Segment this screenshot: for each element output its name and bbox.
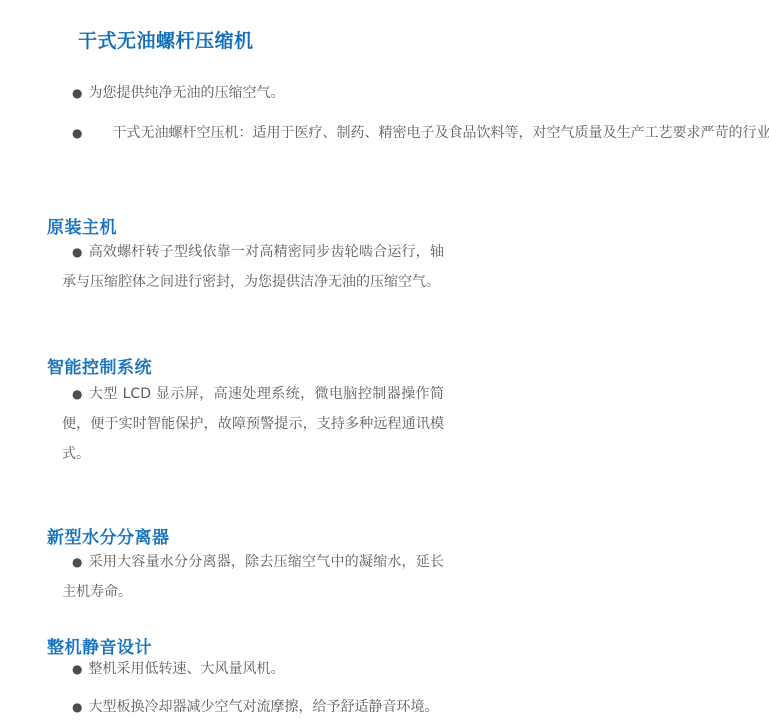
bullet-icon: ● xyxy=(72,126,82,140)
page-title: 干式无油螺杆压缩机 xyxy=(78,26,254,53)
list-item: ●大型 LCD 显示屏，高速处理系统，微电脑控制器操作简便，便于实时智能保护，故… xyxy=(62,379,444,469)
bullet-icon: ● xyxy=(72,387,83,401)
intro-bullet-text: 为您提供纯净无油的压缩空气。 xyxy=(88,85,284,101)
section-heading-smart-control: 智能控制系统 xyxy=(47,353,152,378)
section-bullet-text: 大型板换冷却器减少空气对流摩擦，给予舒适静音环境。 xyxy=(88,699,438,715)
list-item: ●大型板换冷却器减少空气对流摩擦，给予舒适静音环境。 xyxy=(72,697,438,717)
list-item: ●为您提供纯净无油的压缩空气。 xyxy=(72,83,284,103)
intro-bullet-text: 干式无油螺杆空压机：适用于医疗、制药、精密电子及食品饮料等，对空气质量及生产工艺… xyxy=(112,125,769,141)
section-heading-original-airend: 原装主机 xyxy=(47,213,117,238)
section-heading-silent-design: 整机静音设计 xyxy=(47,633,152,658)
section-bullet-text: 采用大容量水分分离器，除去压缩空气中的凝缩水，延长主机寿命。 xyxy=(62,554,444,600)
product-description-page: 干式无油螺杆压缩机 ●为您提供纯净无油的压缩空气。 ●干式无油螺杆空压机：适用于… xyxy=(0,0,769,720)
list-item: ●高效螺杆转子型线依靠一对高精密同步齿轮啮合运行，轴承与压缩腔体之间进行密封，为… xyxy=(62,237,444,297)
section-bullet-text: 整机采用低转速、大风量风机。 xyxy=(88,661,284,677)
bullet-icon: ● xyxy=(72,662,82,676)
bullet-icon: ● xyxy=(72,245,83,259)
bullet-icon: ● xyxy=(72,555,83,569)
section-bullet-text: 高效螺杆转子型线依靠一对高精密同步齿轮啮合运行，轴承与压缩腔体之间进行密封，为您… xyxy=(62,244,444,290)
section-heading-water-separator: 新型水分分离器 xyxy=(47,523,170,548)
bullet-icon: ● xyxy=(72,700,82,714)
section-bullet-text: 大型 LCD 显示屏，高速处理系统，微电脑控制器操作简便，便于实时智能保护，故障… xyxy=(62,386,444,462)
list-item: ●整机采用低转速、大风量风机。 xyxy=(72,659,284,679)
bullet-icon: ● xyxy=(72,86,82,100)
list-item: ●采用大容量水分分离器，除去压缩空气中的凝缩水，延长主机寿命。 xyxy=(62,547,444,607)
list-item: ●干式无油螺杆空压机：适用于医疗、制药、精密电子及食品饮料等，对空气质量及生产工… xyxy=(72,123,769,143)
